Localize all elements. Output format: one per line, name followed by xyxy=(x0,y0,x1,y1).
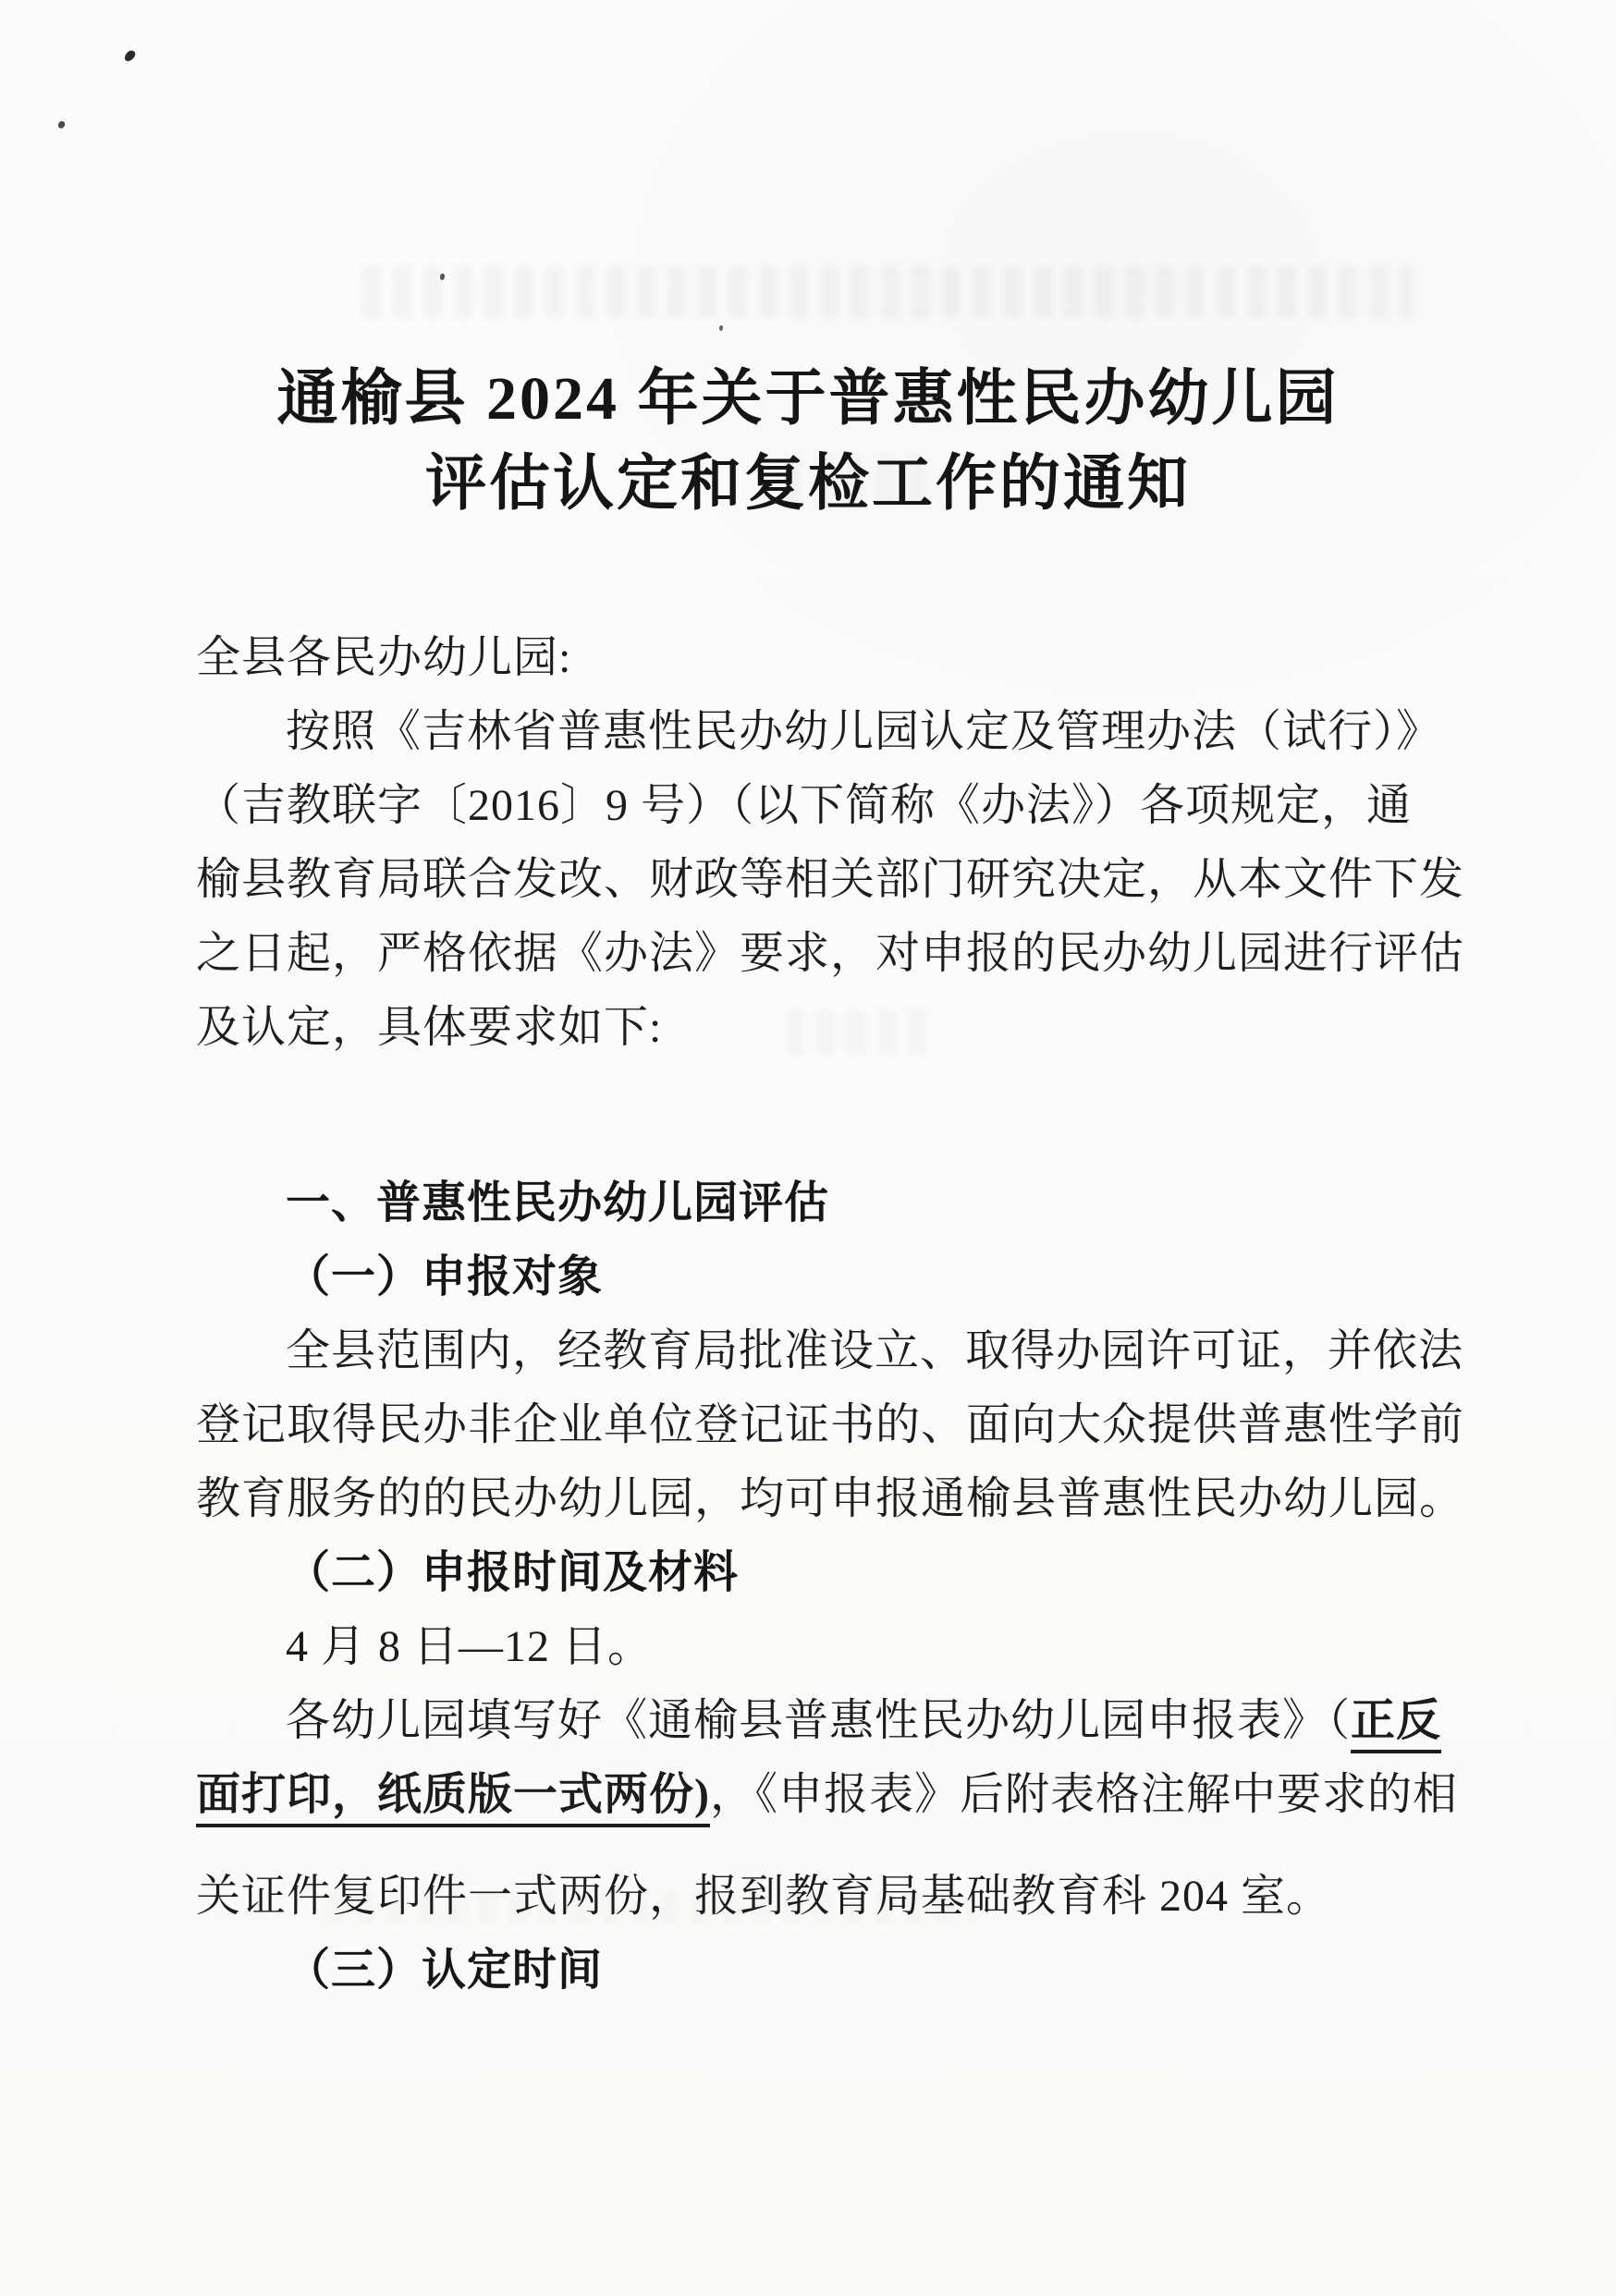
section1-heading: 一、普惠性民办幼儿园评估 xyxy=(196,1166,1435,1240)
document-title-line1: 通榆县 2024 年关于普惠性民办幼儿园 xyxy=(0,357,1616,442)
document-title: 通榆县 2024 年关于普惠性民办幼儿园 评估认定和复检工作的通知 xyxy=(0,357,1616,527)
bleedthrough-artifact xyxy=(362,266,1413,318)
paragraph1-line3: 榆县教育局联合发改、财政等相关部门研究决定，从本文件下发 xyxy=(196,843,1435,917)
section1-sub2-heading: （二）申报时间及材料 xyxy=(196,1536,1435,1610)
sub2-line1: 各幼儿园填写好《通榆县普惠性民办幼儿园申报表》（正反 xyxy=(196,1684,1435,1758)
sub1-line2: 登记取得民办非企业单位登记证书的、面向大众提供普惠性学前 xyxy=(196,1388,1435,1462)
sub1-line1: 全县范围内，经教育局批准设立、取得办园许可证，并依法 xyxy=(196,1314,1435,1388)
ink-speck xyxy=(719,325,723,331)
sub2-line2-normal: ，《申报表》后附表格注解中要求的相 xyxy=(710,1770,1458,1819)
sub2-line2-underlined: 面打印，纸质版一式两份) xyxy=(196,1770,710,1827)
paragraph1-line2: （吉教联字〔2016〕9 号）（以下简称《办法》）各项规定，通 xyxy=(196,769,1435,843)
ink-speck xyxy=(123,49,137,64)
section-spacer xyxy=(196,1065,1435,1166)
document-title-line2: 评估认定和复检工作的通知 xyxy=(0,442,1616,527)
sub2-line1-normal: 各幼儿园填写好《通榆县普惠性民办幼儿园申报表》（ xyxy=(286,1696,1351,1745)
sub2-line1-underlined: 正反 xyxy=(1351,1696,1441,1753)
paragraph1-line5: 及认定，具体要求如下: xyxy=(196,991,1435,1065)
sub2-line3: 关证件复印件一式两份，报到教育局基础教育科 204 室。 xyxy=(196,1860,1435,1934)
document-body: 全县各民办幼儿园: 按照《吉林省普惠性民办幼儿园认定及管理办法（试行）》 （吉教… xyxy=(196,621,1435,2008)
line-spacer xyxy=(196,1832,1435,1860)
salutation-line: 全县各民办幼儿园: xyxy=(196,621,1435,695)
sub2-date-line: 4 月 8 日—12 日。 xyxy=(196,1610,1435,1684)
ink-speck xyxy=(57,120,66,129)
sub1-line3: 教育服务的的民办幼儿园，均可申报通榆县普惠性民办幼儿园。 xyxy=(196,1462,1435,1536)
paragraph1-line1: 按照《吉林省普惠性民办幼儿园认定及管理办法（试行）》 xyxy=(196,695,1435,769)
section1-sub3-heading: （三）认定时间 xyxy=(196,1934,1435,2008)
section1-sub1-heading: （一）申报对象 xyxy=(196,1240,1435,1314)
sub2-line2: 面打印，纸质版一式两份)，《申报表》后附表格注解中要求的相 xyxy=(196,1758,1435,1832)
scanned-document-page: 通榆县 2024 年关于普惠性民办幼儿园 评估认定和复检工作的通知 全县各民办幼… xyxy=(0,0,1616,2296)
paragraph1-line4: 之日起，严格依据《办法》要求，对申报的民办幼儿园进行评估 xyxy=(196,917,1435,991)
